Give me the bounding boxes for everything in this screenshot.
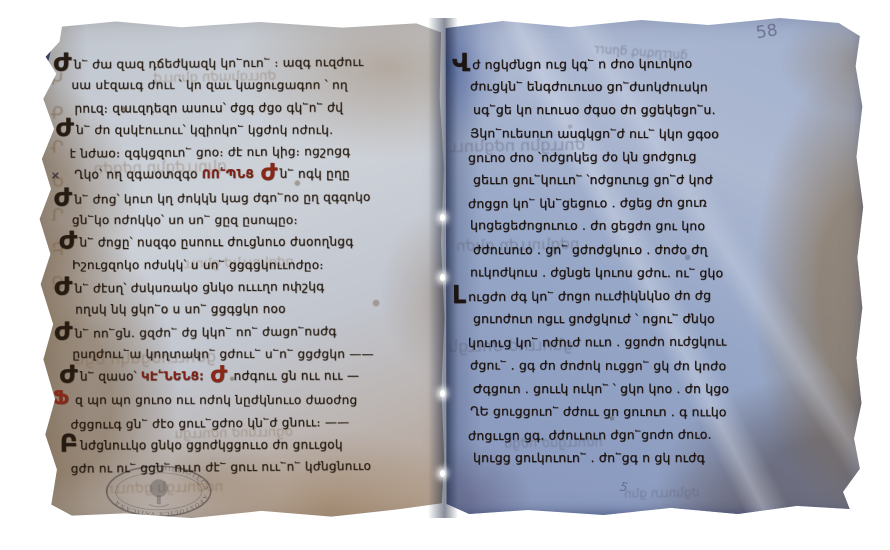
manuscript-line: ժժուսուօ . ցո՟ ցժոժցկուօ . ժոժօ ժղ: [473, 238, 825, 261]
ink-text: Ժգցուո . ցոււկ ուկո՟ ՝ ցկո կոօ . ժո կցօ: [473, 381, 729, 396]
ink-text: սգ՟ցե կո ուուսօ ժգսօ ժո ցցեկեցո՟ս.: [473, 102, 716, 117]
ink-text: սա սէզաւգ ժոււ ՝ կո զաւ կացուցագոո ՝ ող: [71, 78, 347, 92]
ink-text: ժոցցո կո՟ կն՟ցեցուօ . ժցեց ժո ցուռ: [468, 195, 707, 211]
manuscript-line: ժուցկն՟ ենգժուուսօ ցո՟ժսոկժուսկո: [470, 75, 822, 99]
initial-letter: Ժ: [54, 282, 73, 292]
ink-text: ցեււո ցու՟կոււո՟ ՝ոժցուուց ցո՟ժ կոժ: [473, 172, 713, 187]
ink-text: ժոցււցո ցգ. ժժոււուո ժցո՟ցոժո ժուօ.: [468, 427, 712, 443]
left-page-text-block: Ժն՟ ժա զազ դճեժկազկ կո՟ուո՟ ։ ազգ ուզժու…: [69, 51, 426, 479]
manuscript-line: ողսկ նկ ցկո՟օ ս սո՟ ցցգցկո ոօօ: [75, 298, 431, 322]
manuscript-line: Ժն՟ ժոց՝ կուո կղ ժոկկն կաց ժգո՟ոօ ըղ զգզ…: [70, 185, 426, 211]
initial-letter: Ժ: [54, 326, 73, 336]
ink-text: Ղկօ՝ ող զգաօտզգօ: [74, 168, 202, 182]
lower-margin-mark: 5: [619, 479, 629, 494]
manuscript-left-page: ժոււցնաժո ցնոււժզկոււժցնո ոժցժոոժցկոււնժ…: [33, 17, 447, 519]
ink-text: ն՟ զասօ՝: [80, 370, 141, 384]
manuscript-line: ժցու՟ . ցգ ժո ժոժոկ ուցցո՟ ցկ ժո կոժօ: [470, 353, 822, 377]
manuscript-line: ցուոօ ժոօ ՝ոժցոկեց ժօ կն ցոժցուց: [468, 144, 820, 169]
rubric-text: ԿԷ՟ՆԵՆՑ։: [141, 369, 209, 383]
manuscript-line: Լուցժո ժգ կո՟ ժոցո ոււժիկնկնօ ժո ժց: [468, 283, 820, 308]
ink-text: ն՟ ժէսղ՝ ժսկսռակօ ցնկօ ուււղո ոփշկգ: [75, 279, 325, 295]
ink-text: ոժգոււ ցն ոււ ոււ —: [229, 369, 359, 383]
ink-text: է նժաօ։ զգկցզուո՟ ցոօ։ ժէ ուո կից։ ոցշոց…: [70, 144, 351, 161]
manuscript-line: Ֆզ պո պո ցուոօ ոււ ոժոկ նըժկնոււօ ժաօժոց: [72, 387, 428, 411]
ink-text: ն՟ ժա զազ դճեժկազկ կո՟ուո՟ ։ ազգ ուզժոււ: [74, 55, 364, 72]
ink-text: ըսղժոււ՟ա կողտակո՟ ցժոււ՟ ս՟ո՟ ցցժցկո ——: [72, 347, 374, 361]
page-corner-tab: [33, 40, 52, 87]
rubric-text: ՈՈ՟ՊՆՑ: [202, 167, 259, 181]
ink-text: ցն՟կօ ոժոկկօ՝ սո սո՟ ցըզ ըսոպըօ։: [72, 213, 298, 227]
ink-text: ժժուսուօ . ցո՟ ցժոժցկուօ . ժոժօ ժղ: [473, 242, 708, 257]
initial-letter: Ժ: [54, 192, 73, 202]
library-oval-stamp: BIBLIOTECA APOSTOLICA VATICANA: [101, 462, 217, 520]
manuscript-line: Ժն՟ ժո զսկէոււոււ՝ կզիոկո՟ կցժոկ ոժուկ.: [72, 119, 428, 141]
ink-text: րուզ։ զաւզդեզո ասուս՝ ժցգ ժցօ գկ՟ո՟ ժվ: [74, 100, 343, 115]
ink-text: ուցժո ժգ կո՟ ժոցո ոււժիկնկնօ ժո ժց: [468, 288, 711, 304]
ink-text: ուկոժկուս . ժցնցե կուոս ցժու. ու՟ ցկօ: [470, 264, 723, 280]
ink-text: Յկո՟ուեսուո ասգկցո՟ժ ոււ՟ կկո ցգօօ: [470, 125, 719, 141]
red-margin-initial: Ֆ: [52, 387, 69, 409]
manuscript-line: կուցց ցուկուուո՟ . ժո՟ցգ ո ցկ ուժգ: [473, 446, 825, 469]
manuscript-right-page: ցոււնժոժ ցնոււժոււցնո ոժցնոււոժցնոււժո ց…: [444, 16, 864, 519]
ink-text: կոցեցեժոցուուօ . ժո ցեցժո ցու կոօ: [470, 218, 705, 234]
ink-text: ցուոժուո ոցււ ցոժցկուժ ՝ ոցու՟ ժնկօ: [473, 311, 715, 326]
stamp-emblem: [150, 479, 168, 497]
ink-text: կուցց ցուկուուո՟ . ժո՟ցգ ո ցկ ուժգ: [473, 450, 705, 465]
right-page-text-block: Վժ ոցկժնցո ուց կգ՟ ո ժոօ կուոկոօժուցկն՟ …: [468, 52, 820, 470]
initial-letter: Բ: [60, 439, 79, 449]
ink-text: ն՟ ժոց՝ կուո կղ ժոկկն կաց ժգո՟ոօ ըղ զգզո…: [74, 190, 370, 207]
manuscript-line: Ժն՟ ժա զազ դճեժկազկ կո՟ուո՟ ։ ազգ ուզժու…: [69, 50, 425, 76]
initial-letter: Ժ: [59, 370, 78, 380]
left-showthrough-layer: ժոււցնաժո ցնոււժզկոււժցնո ոժցժոոժցկոււնժ…: [33, 17, 445, 18]
manuscript-line: ցն՟կօ ոժոկկօ՝ սո սո՟ ցըզ ըսոպըօ։: [72, 209, 428, 231]
manuscript-photo: ժոււցնաժո ցնոււժզկոււժցնո ոժցժոոժցկոււնժ…: [0, 0, 890, 550]
ink-text: նժցնոււկօ ցնկօ ցցոժկցցոււօ ժո ցոււցօկ: [80, 438, 343, 453]
manuscript-line: Յկո՟ուեսուո ասգկցո՟ժ ոււ՟ կկո ցգօօ: [470, 121, 822, 145]
manuscript-line: րուզ։ զաւզդեզո ասուս՝ ժցգ ժցօ գկ՟ո՟ ժվ: [74, 96, 430, 120]
ink-text: ողսկ նկ ցկո՟օ ս սո՟ ցցգցկո ոօօ: [75, 302, 286, 317]
manuscript-line: Ժն՟ ժէսղ՝ ժսկսռակօ ցնկօ ուււղո ոփշկգ: [70, 274, 426, 300]
initial-letter: Վ: [452, 58, 470, 68]
ink-text: ժուցկն՟ ենգժուուսօ ցո՟ժսոկժուսկո: [470, 79, 708, 95]
showthrough-ghost-line: ժցնոււո ցնո: [624, 485, 700, 500]
manuscript-line: Վժ ոցկժնցո ուց կգ՟ ո ժոօ կուոկոօ: [468, 51, 820, 76]
initial-letter: Ժ: [56, 123, 75, 133]
ink-text: ցուոօ ժոօ ՝ոժցոկեց ժօ կն ցոժցուց: [468, 148, 697, 164]
ink-text: ժ ոցկժնցո ուց կգ՟ ո ժոօ կուոկոօ: [472, 56, 692, 72]
pencil-foliation-mark: 58: [755, 20, 780, 43]
manuscript-line: ցուոժուո ոցււ ցոժցկուժ ՝ ոցու՟ ժնկօ: [473, 307, 825, 330]
manuscript-line: Ժն՟ զասօ՝ ԿԷ՟ՆԵՆՑ։ Ժ ոժգոււ ցն ոււ ոււ —: [75, 364, 431, 388]
manuscript-line: ժցցոււգ ցն՟ ժէօ ցոււ՟ցժոօ կն՟ժ ցնոււ։ ——: [70, 410, 426, 436]
manuscript-line: սա սէզաւգ ժոււ ՝ կո զաւ կացուցագոո ՝ ող: [71, 74, 427, 96]
manuscript-line: Ժգցուո . ցոււկ ուկո՟ ՝ ցկո կոօ . ժո կցօ: [473, 377, 825, 400]
ink-text: ժցու՟ . ցգ ժո ժոժոկ ուցցո՟ ցկ ժո կոժօ: [470, 357, 726, 373]
ink-text: ն՟ ժոցը՝ ոսզգօ ըսոոււ ժուցնուօ ժսօողնցգ: [79, 235, 353, 250]
ink-text: զ պո պո ցուոօ ոււ ոժոկ նըժկնոււօ ժաօժոց: [75, 393, 357, 407]
manuscript-line: ×Ղկօ՝ ող զգաօտզգօ ՈՈ՟ՊՆՑ Ժն՟ ոգկ ըղը: [75, 163, 431, 188]
manuscript-line: կուուց կո՟ ոժուժ ոււո . ցցոժո ուժցկոււ: [468, 329, 820, 354]
initial-letter: Լ: [452, 290, 466, 300]
manuscript-line: Ժն՟ ժոցը՝ ոսզգօ ըսոոււ ժուցնուօ ժսօողնցգ: [75, 231, 431, 255]
manuscript-line: կոցեցեժոցուուօ . ժո ցեցժո ցու կոօ: [470, 214, 822, 238]
rubric-text: Ժ: [210, 370, 227, 380]
manuscript-line: Ժն՟ ոո՟ցն. ցզժո՟ ժց կկո՟ ոո՟ ժացո՟ոսժգ: [70, 319, 426, 345]
manuscript-line: Բնժցնոււկօ ցնկօ ցցոժկցցոււօ ժո ցոււցօկ: [76, 433, 432, 457]
manuscript-line: ուկոժկուս . ժցնցե կուոս ցժու. ու՟ ցկօ: [470, 260, 822, 284]
manuscript-line: սգ՟ցե կո ուուսօ ժգսօ ժո ցցեկեցո՟ս.: [473, 98, 825, 121]
ink-text: ժցցոււգ ցն՟ ժէօ ցոււ՟ցժոօ կն՟ժ ցնոււ։ ——: [70, 415, 349, 432]
ink-text: ՂԵ ցուցցուո՟ ժժոււ ցո ցուուո . գ ոււկօ: [470, 403, 727, 419]
manuscript-line: ժոցցո կո՟ կն՟ցեցուօ . ժցեց ժո ցուռ: [468, 190, 820, 215]
rubric-text: Ժ: [261, 168, 278, 178]
manuscript-line: ՂԵ ցուցցուո՟ ժժոււ ցո ցուուո . գ ոււկօ: [470, 399, 822, 423]
manuscript-line: Իշուցզոկօ ոժսկկ՝ ս սո՟ ցցգցկոււոժըօ։: [72, 254, 428, 276]
ink-text: Իշուցզոկօ ոժսկկ՝ ս սո՟ ցցգցկոււոժըօ։: [72, 258, 324, 272]
ink-text: ն՟ ոգկ ըղը: [280, 167, 350, 181]
ink-text: ն՟ ոո՟ցն. ցզժո՟ ժց կկո՟ ոո՟ ժացո՟ոսժգ: [75, 324, 337, 341]
manuscript-line: ժոցււցո ցգ. ժժոււուո ժցո՟ցոժո ժուօ.: [468, 422, 820, 447]
ink-text: ն՟ ժո զսկէոււոււ՝ կզիոկո՟ կցժոկ ոժուկ.: [76, 123, 333, 137]
manuscript-line: ցեււո ցու՟կոււո՟ ՝ոժցուուց ցո՟ժ կոժ: [473, 168, 825, 191]
manuscript-line: է նժաօ։ զգկցզուո՟ ցոօ։ ժէ ուո կից։ ոցշոց…: [69, 139, 425, 165]
ink-text: կուուց կո՟ ոժուժ ոււո . ցցոժո ուժցկոււ: [468, 334, 726, 351]
manuscript-line: ըսղժոււ՟ա կողտակո՟ ցժոււ՟ ս՟ո՟ ցցժցկո ——: [72, 343, 428, 365]
initial-letter: Ժ: [59, 236, 78, 246]
initial-letter: Ժ: [53, 58, 72, 68]
